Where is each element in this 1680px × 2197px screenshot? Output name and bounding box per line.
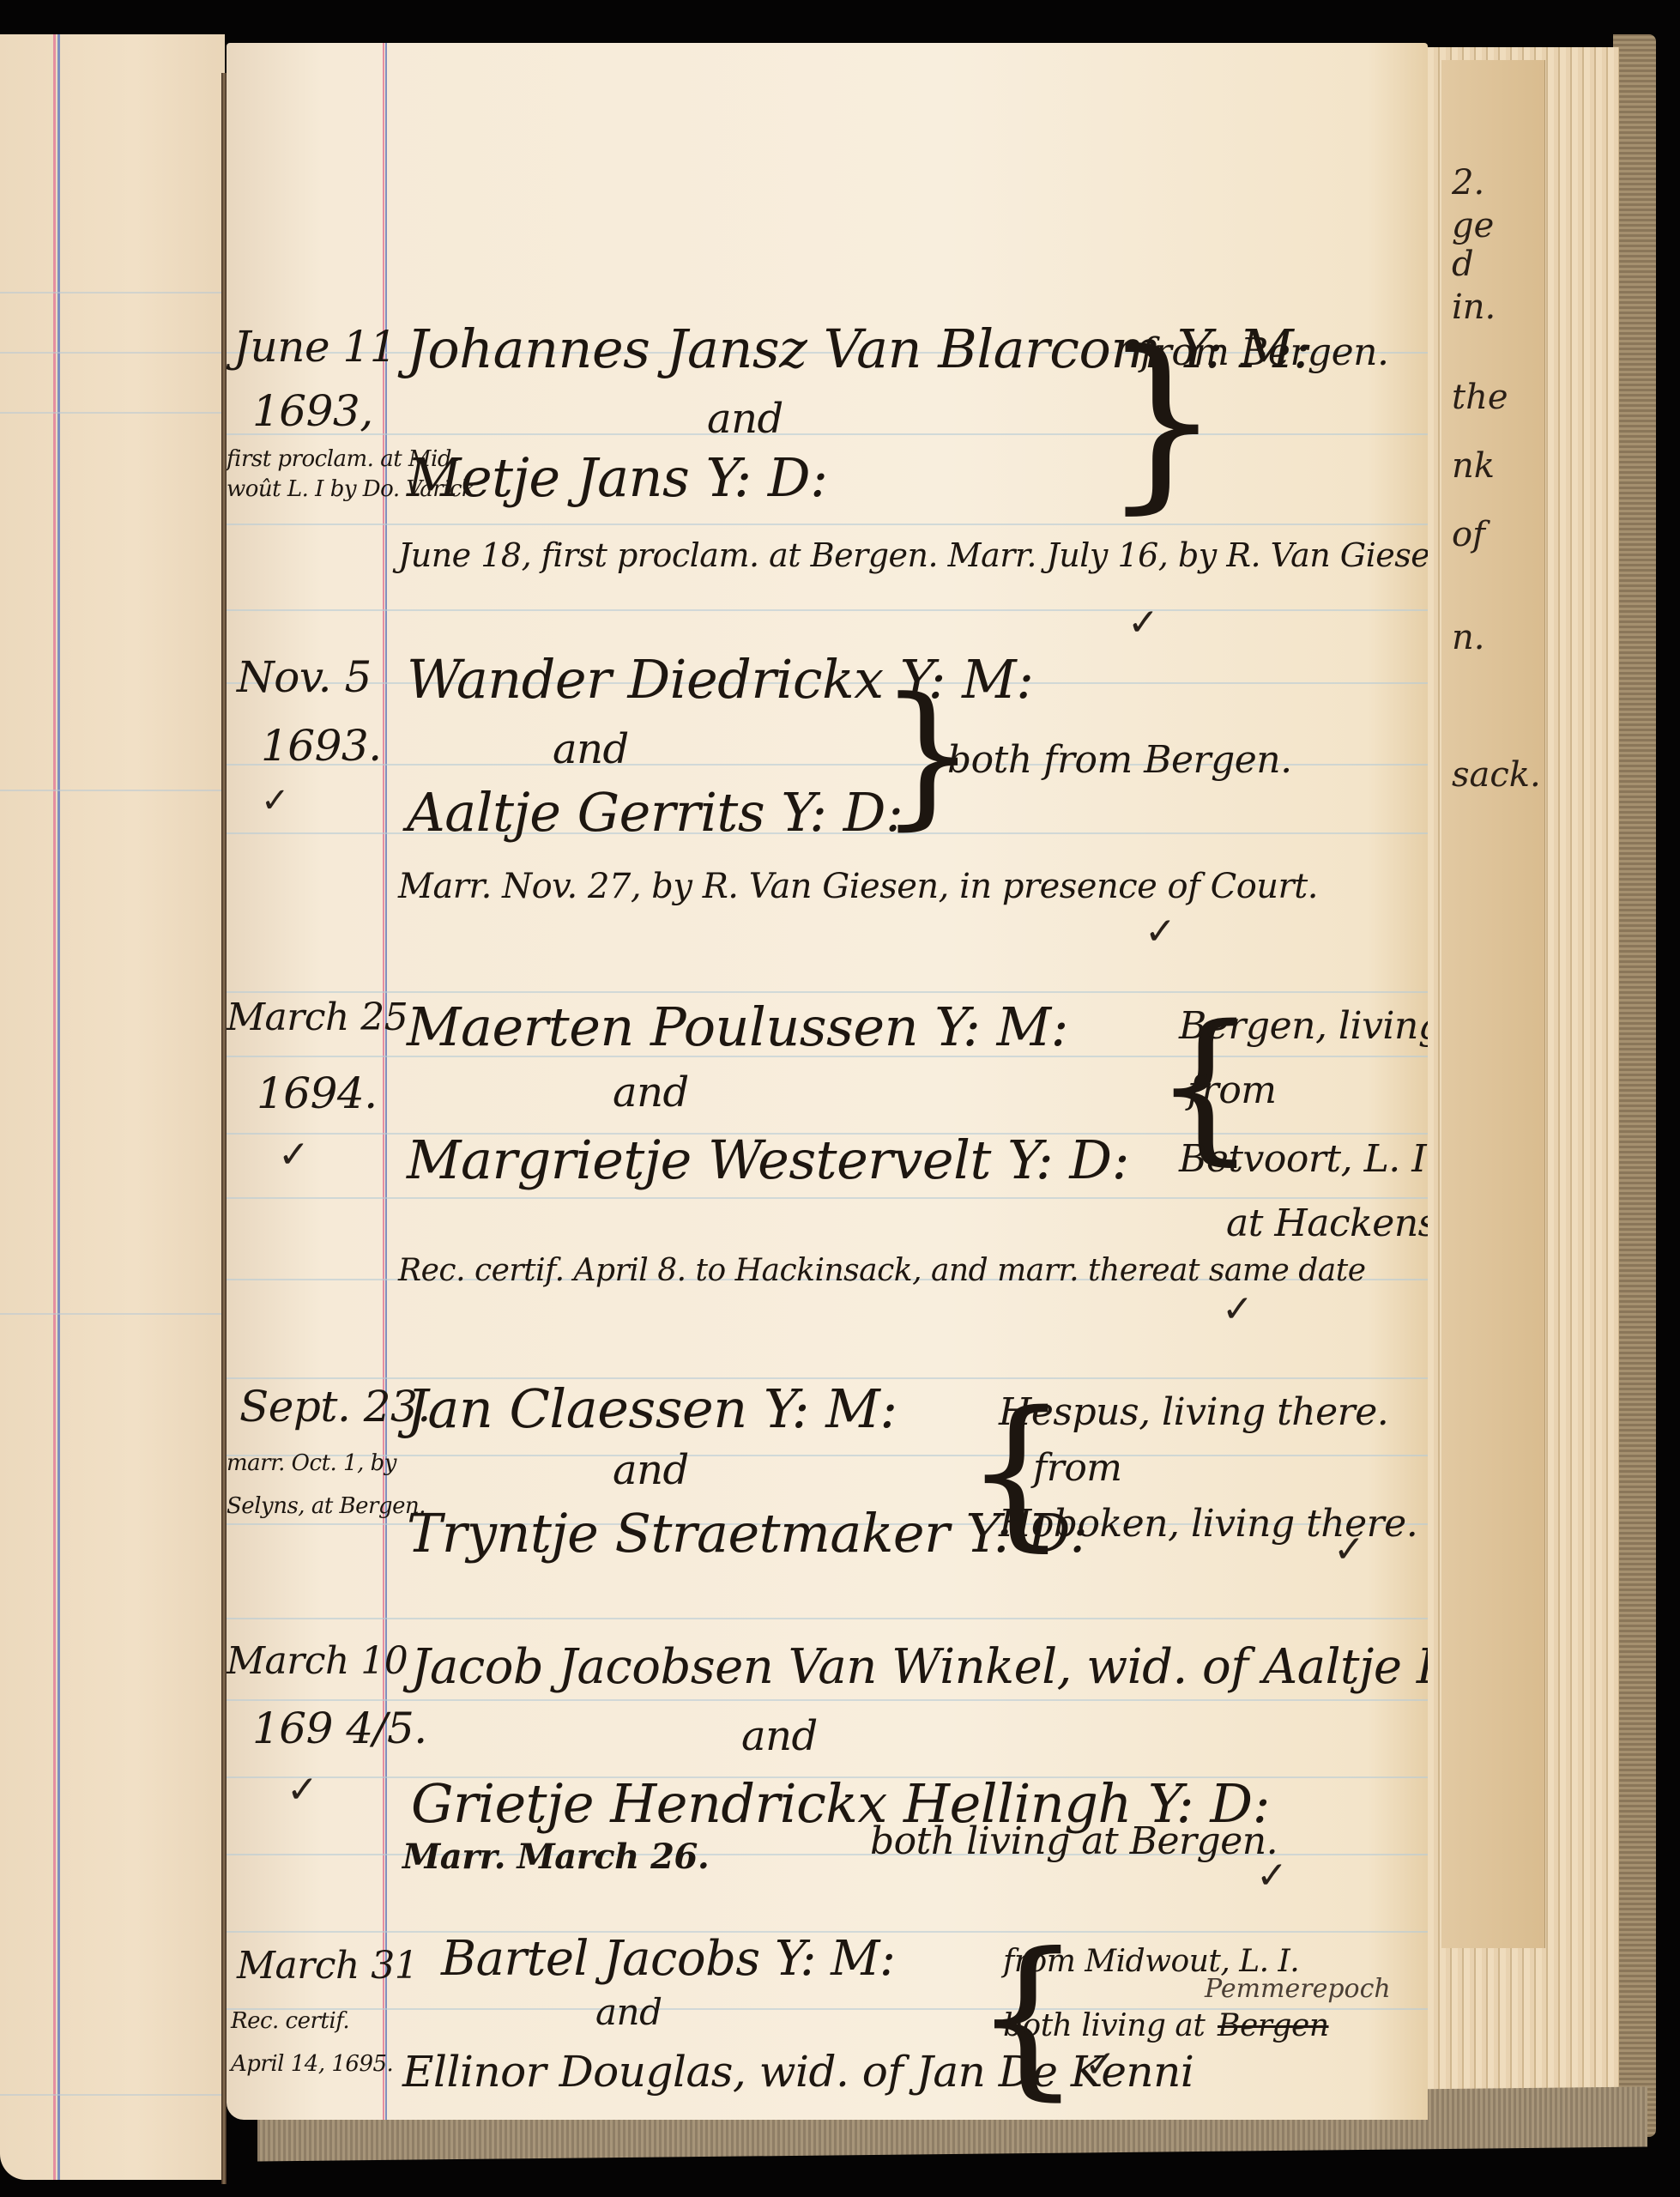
entry-date: March 10 <box>227 1639 408 1683</box>
ruled-line <box>227 1618 1428 1619</box>
bride-name: Aaltje Gerrits Y: D: <box>407 781 903 844</box>
register-page: 237 June 11 1693, first proclam. at Mid-… <box>227 43 1428 2120</box>
fragment-text: in. <box>1452 287 1496 327</box>
ruled-line <box>227 433 1428 435</box>
entry-date: March 25 <box>227 996 408 1039</box>
checkmark-icon: ✓ <box>1085 2043 1116 2086</box>
ruled-line <box>227 1455 1428 1456</box>
margin-rule-red <box>53 34 56 2180</box>
connector-and: and <box>553 725 629 773</box>
entry-remark: Marr. March 26. <box>402 1837 709 1877</box>
margin-rule-blue <box>57 34 60 2180</box>
checkmark-icon: ✓ <box>1127 601 1159 645</box>
entry-origin: from <box>1033 1446 1122 1490</box>
fragment-text: n. <box>1452 618 1484 657</box>
inserted-origin: Pemmerepoch <box>1205 1974 1391 2004</box>
groom-name: Maerten Poulussen Y: M: <box>407 996 1068 1058</box>
entry-origin: at Hackensack. <box>1226 1201 1428 1245</box>
ruled-line <box>227 609 1428 611</box>
checkmark-icon: ✓ <box>1222 1287 1254 1331</box>
bride-name: Metje Jans Y: D: <box>407 446 827 509</box>
groom-name: Bartel Jacobs Y: M: <box>441 1931 895 1987</box>
ruled-line <box>0 292 225 294</box>
entry-year: 1693, <box>252 386 373 436</box>
ruled-line <box>227 1699 1428 1701</box>
entry-year: 169 4/5. <box>252 1704 427 1753</box>
ruled-line <box>0 2094 225 2096</box>
entry-remark: Marr. Nov. 27, by R. Van Giesen, in pres… <box>398 867 1318 906</box>
facing-page-fragment: 2. ge d in. the nk of n. sack. <box>1441 60 1545 1948</box>
checkmark-icon: ✓ <box>1333 1528 1365 1571</box>
entry-remark: June 18, first proclam. at Bergen. Marr.… <box>398 536 1428 574</box>
entry-remark: Rec. certif. April 8. to Hackinsack, and… <box>398 1253 1366 1288</box>
checkmark-icon: ✓ <box>261 781 290 820</box>
margin-note: Rec. certif. <box>231 2008 349 2034</box>
fragment-text: d <box>1452 245 1474 284</box>
entry-date: March 31 <box>237 1944 418 1988</box>
ruled-line <box>227 1197 1428 1199</box>
margin-note: April 14, 1695. <box>231 2051 393 2077</box>
cloth-binding-right <box>1613 34 1656 2137</box>
entry-date: June 11 <box>233 322 396 372</box>
checkmark-icon: ✓ <box>1145 910 1176 953</box>
entry-origin: from <box>1187 1068 1277 1112</box>
entry-year: 1694. <box>257 1068 378 1118</box>
checkmark-icon: ✓ <box>1256 1854 1288 1897</box>
fragment-text: of <box>1452 515 1485 554</box>
connector-and: and <box>707 395 783 443</box>
connector-and: and <box>613 1068 689 1117</box>
entry-origin: both from Bergen. <box>947 738 1292 782</box>
connector-and: and <box>741 1712 818 1760</box>
groom-name: Jacob Jacobsen Van Winkel, wid. of Aaltj… <box>411 1639 1428 1695</box>
fragment-text: the <box>1452 378 1508 417</box>
ruled-line <box>0 412 225 414</box>
fragment-text: nk <box>1452 446 1495 486</box>
connector-and: and <box>595 1991 662 2033</box>
fragment-text: ge <box>1452 206 1494 245</box>
entry-year: 1693. <box>261 721 382 771</box>
brace-icon: } <box>1102 326 1222 515</box>
entry-origin: Bergen, living there <box>1179 1004 1428 1048</box>
groom-name: Jan Claessen Y: M: <box>407 1377 897 1440</box>
entry-date: Sept. 23. <box>239 1382 431 1431</box>
ruled-line <box>0 1313 225 1315</box>
connector-and: and <box>613 1446 689 1494</box>
margin-note: Selyns, at Bergen. <box>227 1493 426 1519</box>
entry-date: Nov. 5 <box>237 652 372 702</box>
fragment-text: 2. <box>1452 163 1484 203</box>
entry-origin: both living at Bergen. <box>870 1819 1278 1863</box>
ruled-line <box>0 790 225 791</box>
bride-name: Margrietje Westervelt Y: D: <box>407 1129 1129 1191</box>
fragment-text: sack. <box>1452 755 1541 795</box>
left-page <box>0 34 225 2180</box>
checkmark-icon: ✓ <box>278 1133 310 1177</box>
margin-note: marr. Oct. 1, by <box>227 1450 396 1476</box>
entry-origin: Betvoort, L. I., living <box>1179 1137 1428 1181</box>
entry-origin: both living at <box>1003 2008 1205 2043</box>
ruled-line <box>0 352 225 354</box>
entry-origin: Hespus, living there. <box>999 1390 1388 1434</box>
struck-origin: Bergen <box>1218 2008 1329 2043</box>
checkmark-icon: ✓ <box>287 1768 318 1812</box>
ruled-line <box>227 524 1428 525</box>
